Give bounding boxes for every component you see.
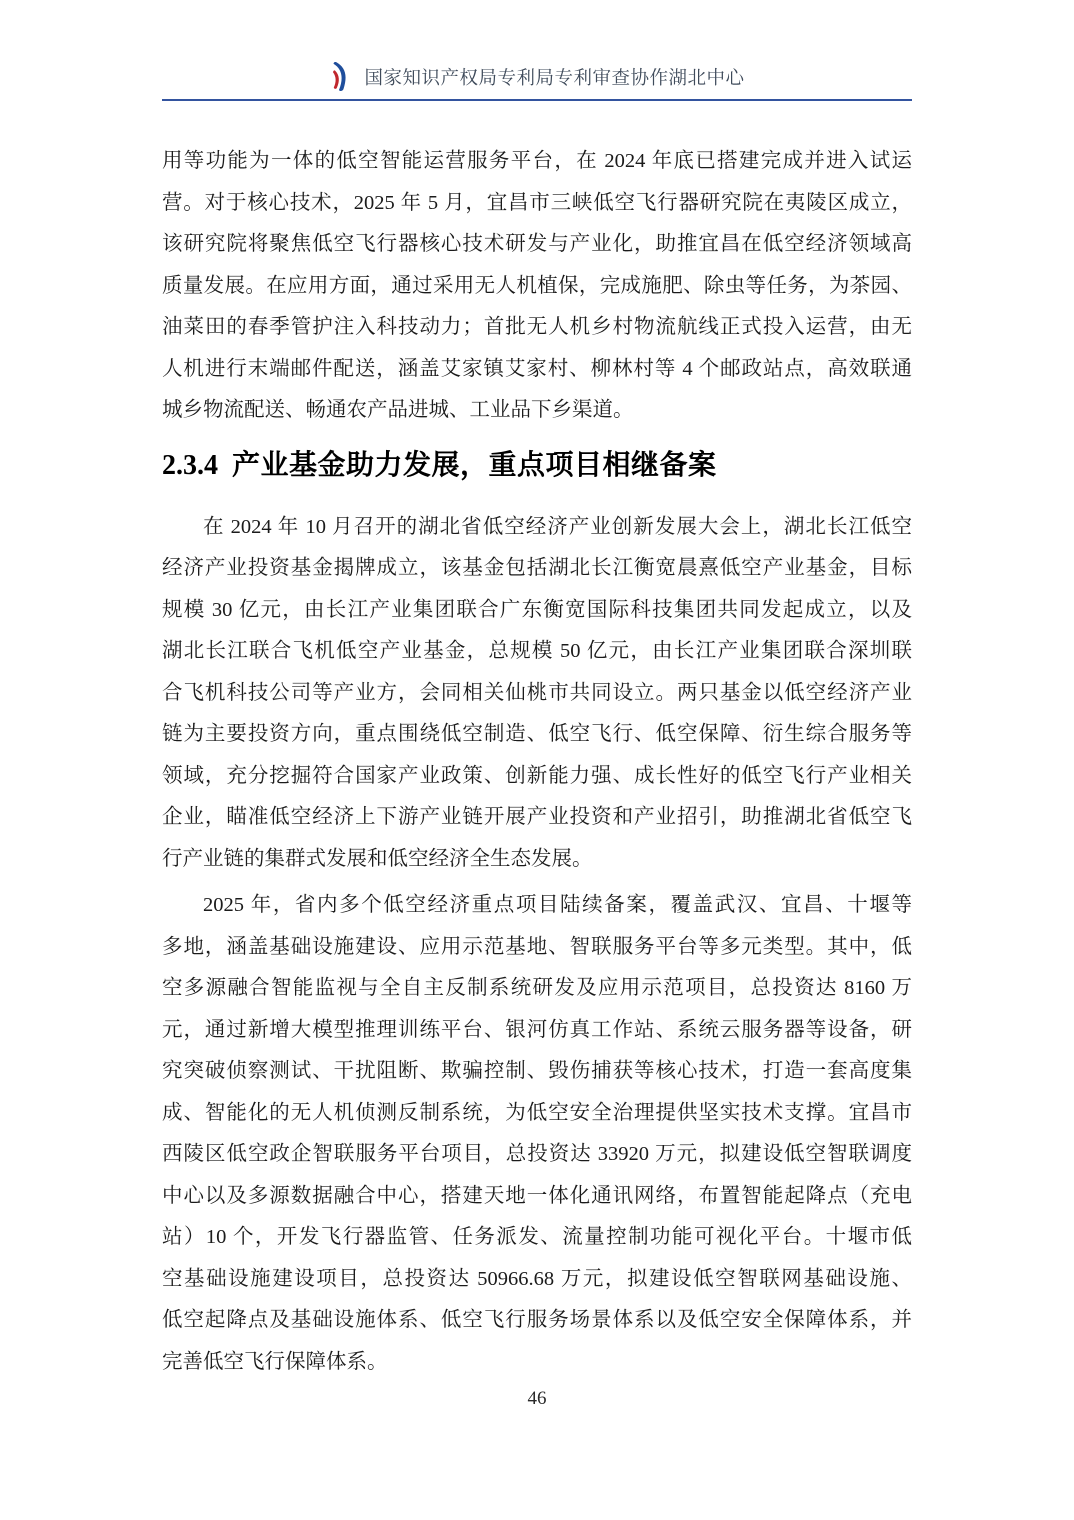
text-line: 空基础设施建设项目，总投资达 50966.68 万元，拟建设低空智联网基础设施、 [162, 1259, 912, 1301]
text-line: 在 2024 年 10 月召开的湖北省低空经济产业创新发展大会上，湖北长江低空 [162, 507, 912, 549]
text-line: 行产业链的集群式发展和低空经济全生态发展。 [162, 839, 912, 881]
paragraph-projects: 2025 年，省内多个低空经济重点项目陆续备案，覆盖武汉、宜昌、十堰等多地，涵盖… [162, 885, 912, 1383]
text-line: 低空起降点及基础设施体系、低空飞行服务场景体系以及低空安全保障体系，并 [162, 1300, 912, 1342]
text-line: 该研究院将聚焦低空飞行器核心技术研发与产业化，助推宜昌在低空经济领域高 [162, 224, 912, 266]
center-logo-icon [329, 62, 351, 92]
text-line: 人机进行末端邮件配送，涵盖艾家镇艾家村、柳林村等 4 个邮政站点，高效联通 [162, 349, 912, 391]
paragraph-intro: 用等功能为一体的低空智能运营服务平台，在 2024 年底已搭建完成并进入试运营。… [162, 141, 912, 432]
document-body: 用等功能为一体的低空智能运营服务平台，在 2024 年底已搭建完成并进入试运营。… [162, 141, 912, 1383]
section-heading-title: 产业基金助力发展，重点项目相继备案 [232, 449, 717, 480]
text-line: 油菜田的春季管护注入科技动力；首批无人机乡村物流航线正式投入运营，由无 [162, 307, 912, 349]
text-line: 完善低空飞行保障体系。 [162, 1342, 912, 1384]
header-title: 国家知识产权局专利局专利审查协作湖北中心 [364, 64, 744, 90]
text-line: 营。对于核心技术，2025 年 5 月，宜昌市三峡低空飞行器研究院在夷陵区成立， [162, 183, 912, 225]
header-logo-title-group: 国家知识产权局专利局专利审查协作湖北中心 [0, 62, 1074, 92]
text-line: 经济产业投资基金揭牌成立，该基金包括湖北长江衡宽晨熹低空产业基金，目标 [162, 548, 912, 590]
page-number: 46 [528, 1388, 547, 1409]
text-line: 用等功能为一体的低空智能运营服务平台，在 2024 年底已搭建完成并进入试运 [162, 141, 912, 183]
text-line: 究突破侦察测试、干扰阻断、欺骗控制、毁伤捕获等核心技术，打造一套高度集 [162, 1051, 912, 1093]
section-heading: 2.3.4产业基金助力发展，重点项目相继备案 [162, 447, 912, 485]
document-page: 国家知识产权局专利局专利审查协作湖北中心 用等功能为一体的低空智能运营服务平台，… [0, 0, 1074, 1520]
text-line: 城乡物流配送、畅通农产品进城、工业品下乡渠道。 [162, 390, 912, 432]
page-footer: 46 [0, 1388, 1074, 1410]
text-line: 合飞机科技公司等产业方，会同相关仙桃市共同设立。两只基金以低空经济产业 [162, 673, 912, 715]
text-line: 空多源融合智能监视与全自主反制系统研发及应用示范项目，总投资达 8160 万 [162, 968, 912, 1010]
paragraph-fund: 在 2024 年 10 月召开的湖北省低空经济产业创新发展大会上，湖北长江低空经… [162, 507, 912, 881]
text-line: 多地，涵盖基础设施建设、应用示范基地、智联服务平台等多元类型。其中，低 [162, 927, 912, 969]
text-line: 中心以及多源数据融合中心，搭建天地一体化通讯网络，布置智能起降点（充电 [162, 1176, 912, 1218]
text-line: 领域，充分挖掘符合国家产业政策、创新能力强、成长性好的低空飞行产业相关 [162, 756, 912, 798]
text-line: 成、智能化的无人机侦测反制系统，为低空安全治理提供坚实技术支撑。宜昌市 [162, 1093, 912, 1135]
text-line: 规模 30 亿元，由长江产业集团联合广东衡宽国际科技集团共同发起成立，以及 [162, 590, 912, 632]
text-line: 湖北长江联合飞机低空产业基金，总规模 50 亿元，由长江产业集团联合深圳联 [162, 631, 912, 673]
page-header: 国家知识产权局专利局专利审查协作湖北中心 [0, 0, 1074, 101]
text-line: 西陵区低空政企智联服务平台项目，总投资达 33920 万元，拟建设低空智联调度 [162, 1134, 912, 1176]
text-line: 质量发展。在应用方面，通过采用无人机植保，完成施肥、除虫等任务，为茶园、 [162, 266, 912, 308]
section-heading-number: 2.3.4 [162, 450, 218, 481]
text-line: 链为主要投资方向，重点围绕低空制造、低空飞行、低空保障、衍生综合服务等 [162, 714, 912, 756]
header-divider [162, 99, 912, 101]
text-line: 企业，瞄准低空经济上下游产业链开展产业投资和产业招引，助推湖北省低空飞 [162, 797, 912, 839]
text-line: 站）10 个，开发飞行器监管、任务派发、流量控制功能可视化平台。十堰市低 [162, 1217, 912, 1259]
text-line: 元，通过新增大模型推理训练平台、银河仿真工作站、系统云服务器等设备，研 [162, 1010, 912, 1052]
text-line: 2025 年，省内多个低空经济重点项目陆续备案，覆盖武汉、宜昌、十堰等 [162, 885, 912, 927]
